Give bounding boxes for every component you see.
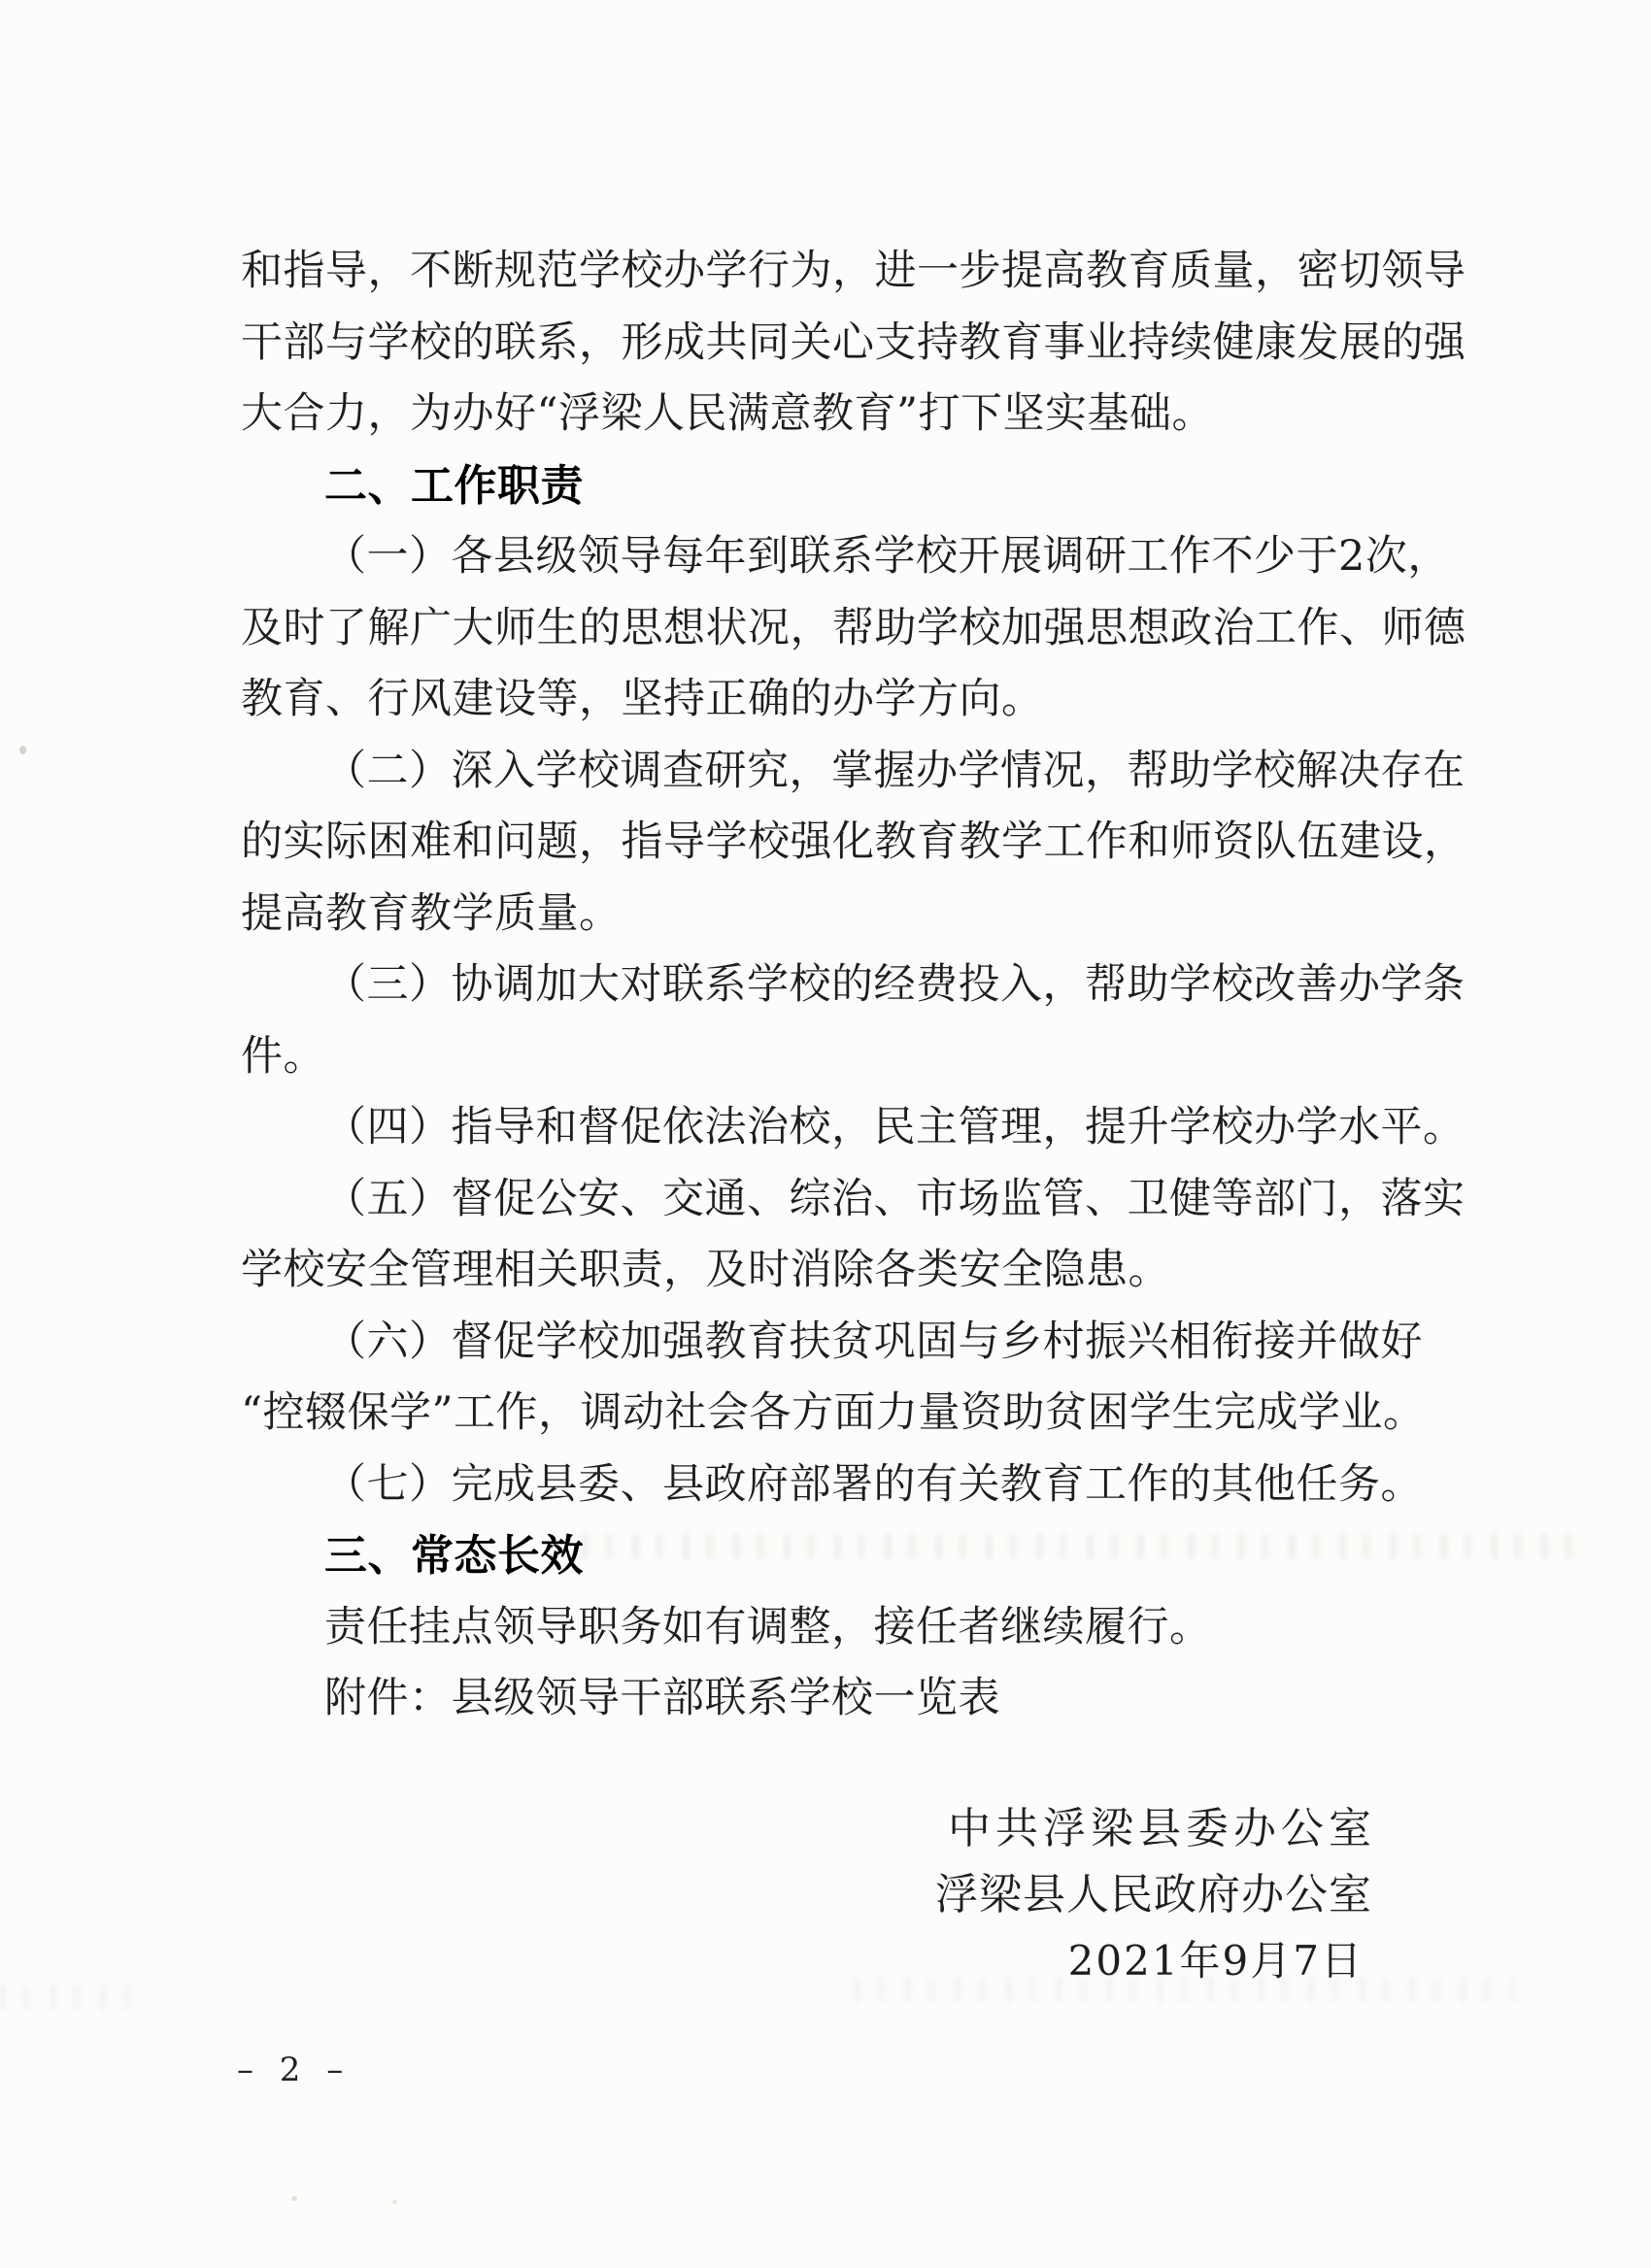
text-line: （一）各县级领导每年到联系学校开展调研工作不少于2次， bbox=[241, 521, 1457, 593]
issue-date: 2021年9月7日 bbox=[935, 1928, 1364, 1994]
text-line: （三）协调加大对联系学校的经费投入，帮助学校改善办学条 bbox=[241, 950, 1457, 1021]
scan-artifact-speck bbox=[392, 2200, 397, 2204]
text-line: 件。 bbox=[241, 1021, 1457, 1093]
section-heading-2: 二、工作职责 bbox=[241, 450, 1457, 522]
text-line: 大合力，为办好“浮梁人民满意教育”打下坚实基础。 bbox=[241, 379, 1457, 450]
text-line: 干部与学校的联系，形成共同关心支持教育事业持续健康发展的强 bbox=[241, 308, 1457, 380]
text-line: 和指导，不断规范学校办学行为，进一步提高教育质量，密切领导 bbox=[241, 236, 1457, 308]
text-line: （二）深入学校调查研究，掌握办学情况，帮助学校解决存在 bbox=[241, 736, 1457, 808]
text-line: 责任挂点领导职务如有调整，接任者继续履行。 bbox=[241, 1592, 1457, 1664]
scan-artifact-speck bbox=[291, 2196, 297, 2201]
scan-artifact-speck bbox=[19, 746, 26, 754]
scan-artifact-ghost-band bbox=[0, 1984, 136, 2010]
document-body: 和指导，不断规范学校办学行为，进一步提高教育质量，密切领导干部与学校的联系，形成… bbox=[241, 236, 1457, 1735]
text-line: 提高教育教学质量。 bbox=[241, 879, 1457, 951]
text-line: 及时了解广大师生的思想状况，帮助学校加强思想政治工作、师德 bbox=[241, 593, 1457, 665]
page-number: – 2 – bbox=[237, 2051, 343, 2089]
text-line: 教育、行风建设等，坚持正确的办学方向。 bbox=[241, 664, 1457, 736]
section-heading-3: 三、常态长效 bbox=[241, 1520, 1457, 1592]
issuing-office-1: 中共浮梁县委办公室 bbox=[935, 1796, 1376, 1862]
scanned-document-page: 和指导，不断规范学校办学行为，进一步提高教育质量，密切领导干部与学校的联系，形成… bbox=[0, 0, 1651, 2268]
issuing-office-2: 浮梁县人民政府办公室 bbox=[935, 1862, 1372, 1928]
attachment-note: 附件：县级领导干部联系学校一览表 bbox=[241, 1663, 1457, 1735]
text-line: （四）指导和督促依法治校，民主管理，提升学校办学水平。 bbox=[241, 1092, 1457, 1164]
text-line: （六）督促学校加强教育扶贫巩固与乡村振兴相衔接并做好 bbox=[241, 1307, 1457, 1379]
text-line: “控辍保学”工作，调动社会各方面力量资助贫困学生完成学业。 bbox=[241, 1378, 1457, 1450]
text-line: （五）督促公安、交通、综治、市场监管、卫健等部门，落实 bbox=[241, 1164, 1457, 1236]
text-line: 的实际困难和问题，指导学校强化教育教学工作和师资队伍建设， bbox=[241, 807, 1457, 879]
text-line: （七）完成县委、县政府部署的有关教育工作的其他任务。 bbox=[241, 1450, 1457, 1521]
signature-block: 中共浮梁县委办公室 浮梁县人民政府办公室 2021年9月7日 bbox=[935, 1796, 1371, 1994]
text-line: 学校安全管理相关职责，及时消除各类安全隐患。 bbox=[241, 1235, 1457, 1307]
